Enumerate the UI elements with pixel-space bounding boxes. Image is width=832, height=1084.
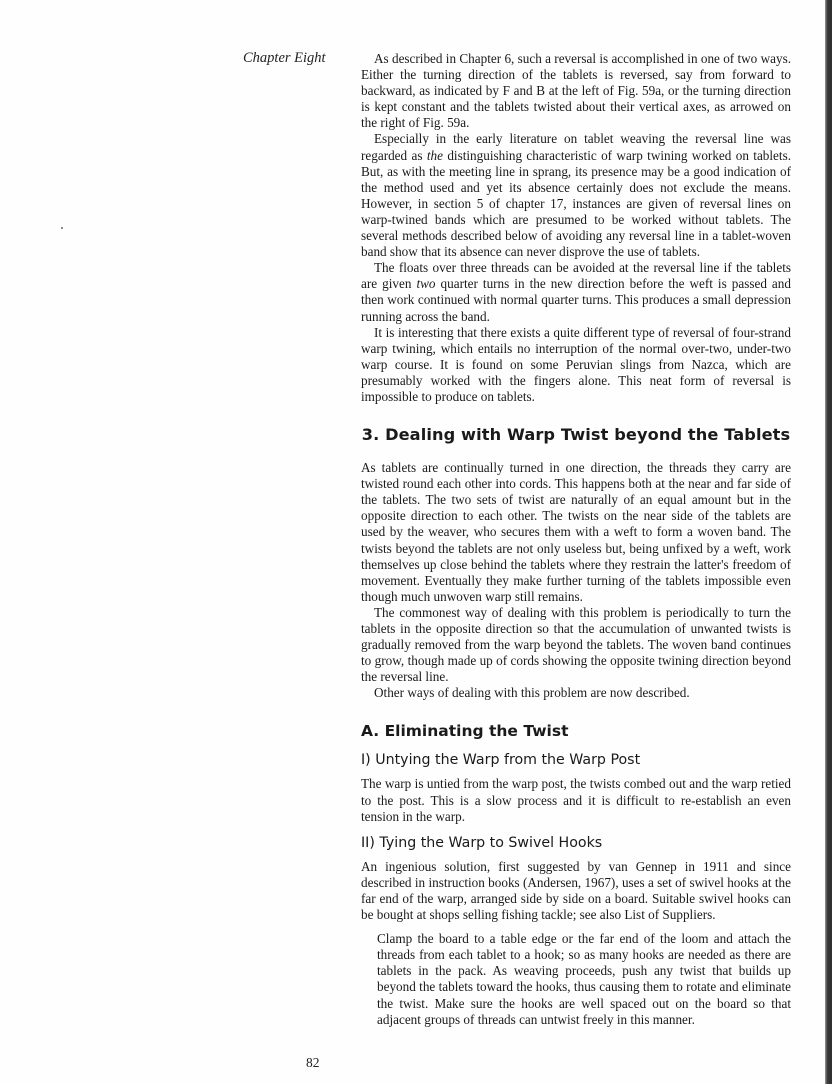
paragraph-nazca-slings: It is interesting that there exists a qu… (361, 325, 791, 405)
emphasis-two: two (416, 276, 435, 291)
section-heading-warp-twist: 3. Dealing with Warp Twist beyond the Ta… (361, 425, 791, 444)
scan-shadow-edge (825, 0, 832, 1084)
subsection-heading-eliminating-twist: A. Eliminating the Twist (361, 722, 791, 740)
running-head: Chapter Eight (243, 50, 326, 67)
page-number: 82 (306, 1055, 320, 1071)
paragraph-reversal-line-literature: Especially in the early literature on ta… (361, 131, 791, 260)
instruction-clamp-board: Clamp the board to a table edge or the f… (377, 931, 791, 1028)
text-column: As described in Chapter 6, such a revers… (361, 51, 791, 1028)
paragraph-other-ways: Other ways of dealing with this problem … (361, 685, 791, 701)
paragraph-commonest-way: The commonest way of dealing with this p… (361, 605, 791, 685)
paragraph-swivel-hooks: An ingenious solution, first suggested b… (361, 859, 791, 923)
paragraph-twist-explanation: As tablets are continually turned in one… (361, 460, 791, 605)
paragraph-reversal-methods: As described in Chapter 6, such a revers… (361, 51, 791, 131)
item-heading-untying-warp: I) Untying the Warp from the Warp Post (361, 752, 791, 768)
item-heading-swivel-hooks: II) Tying the Warp to Swivel Hooks (361, 835, 791, 851)
paragraph-avoiding-floats: The floats over three threads can be avo… (361, 260, 791, 324)
paragraph-untying-warp: The warp is untied from the warp post, t… (361, 776, 791, 824)
emphasis-the: the (427, 148, 443, 163)
scan-speck (61, 227, 63, 229)
book-page: Chapter Eight As described in Chapter 6,… (0, 0, 832, 1084)
